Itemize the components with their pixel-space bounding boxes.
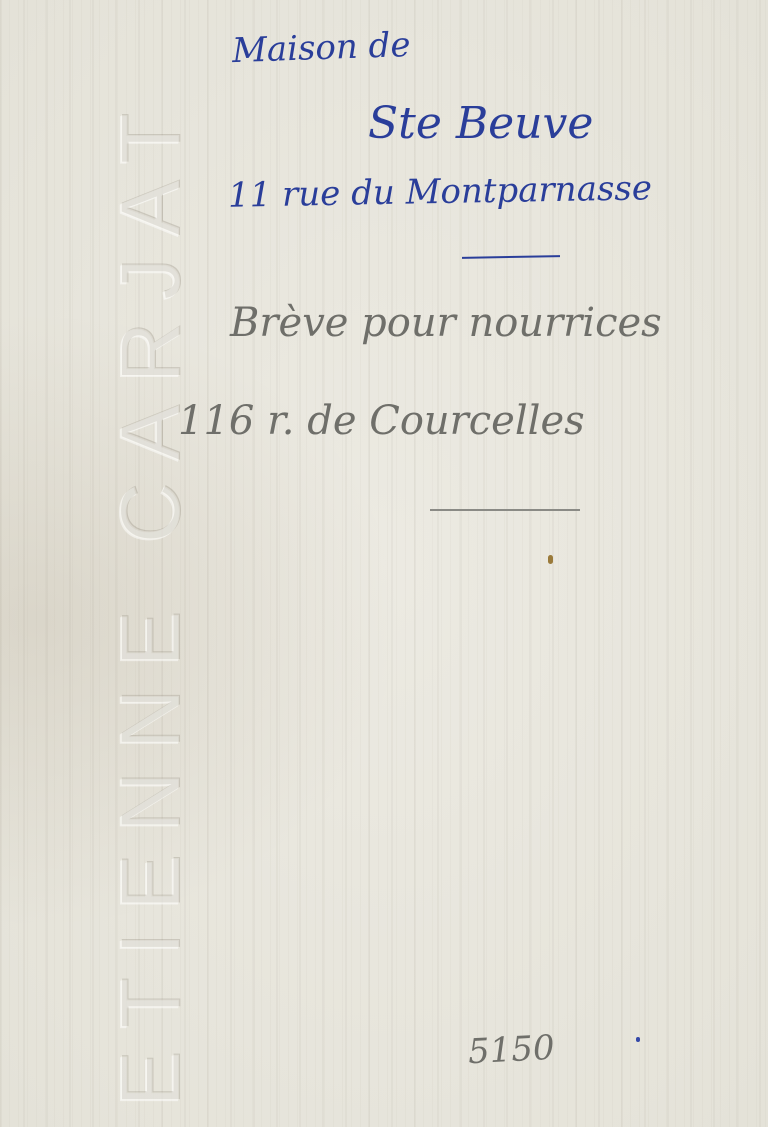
- ink-dot: [636, 1037, 640, 1042]
- pencil-underline: [430, 509, 580, 511]
- catalog-number: 5150: [467, 1028, 556, 1072]
- pencil-note-line-2: 116 r. de Courcelles: [178, 398, 585, 444]
- embossed-studio-mark: ETIENNE CARJAT: [100, 0, 200, 1127]
- ink-note-line-3: 11 rue du Montparnasse: [228, 168, 653, 215]
- ink-note-line-2: Ste Beuve: [368, 98, 593, 149]
- ink-note-line-1: Maison de: [231, 25, 411, 71]
- pencil-note-line-1: Brève pour nourrices: [230, 300, 662, 346]
- paper-speck: [548, 555, 553, 564]
